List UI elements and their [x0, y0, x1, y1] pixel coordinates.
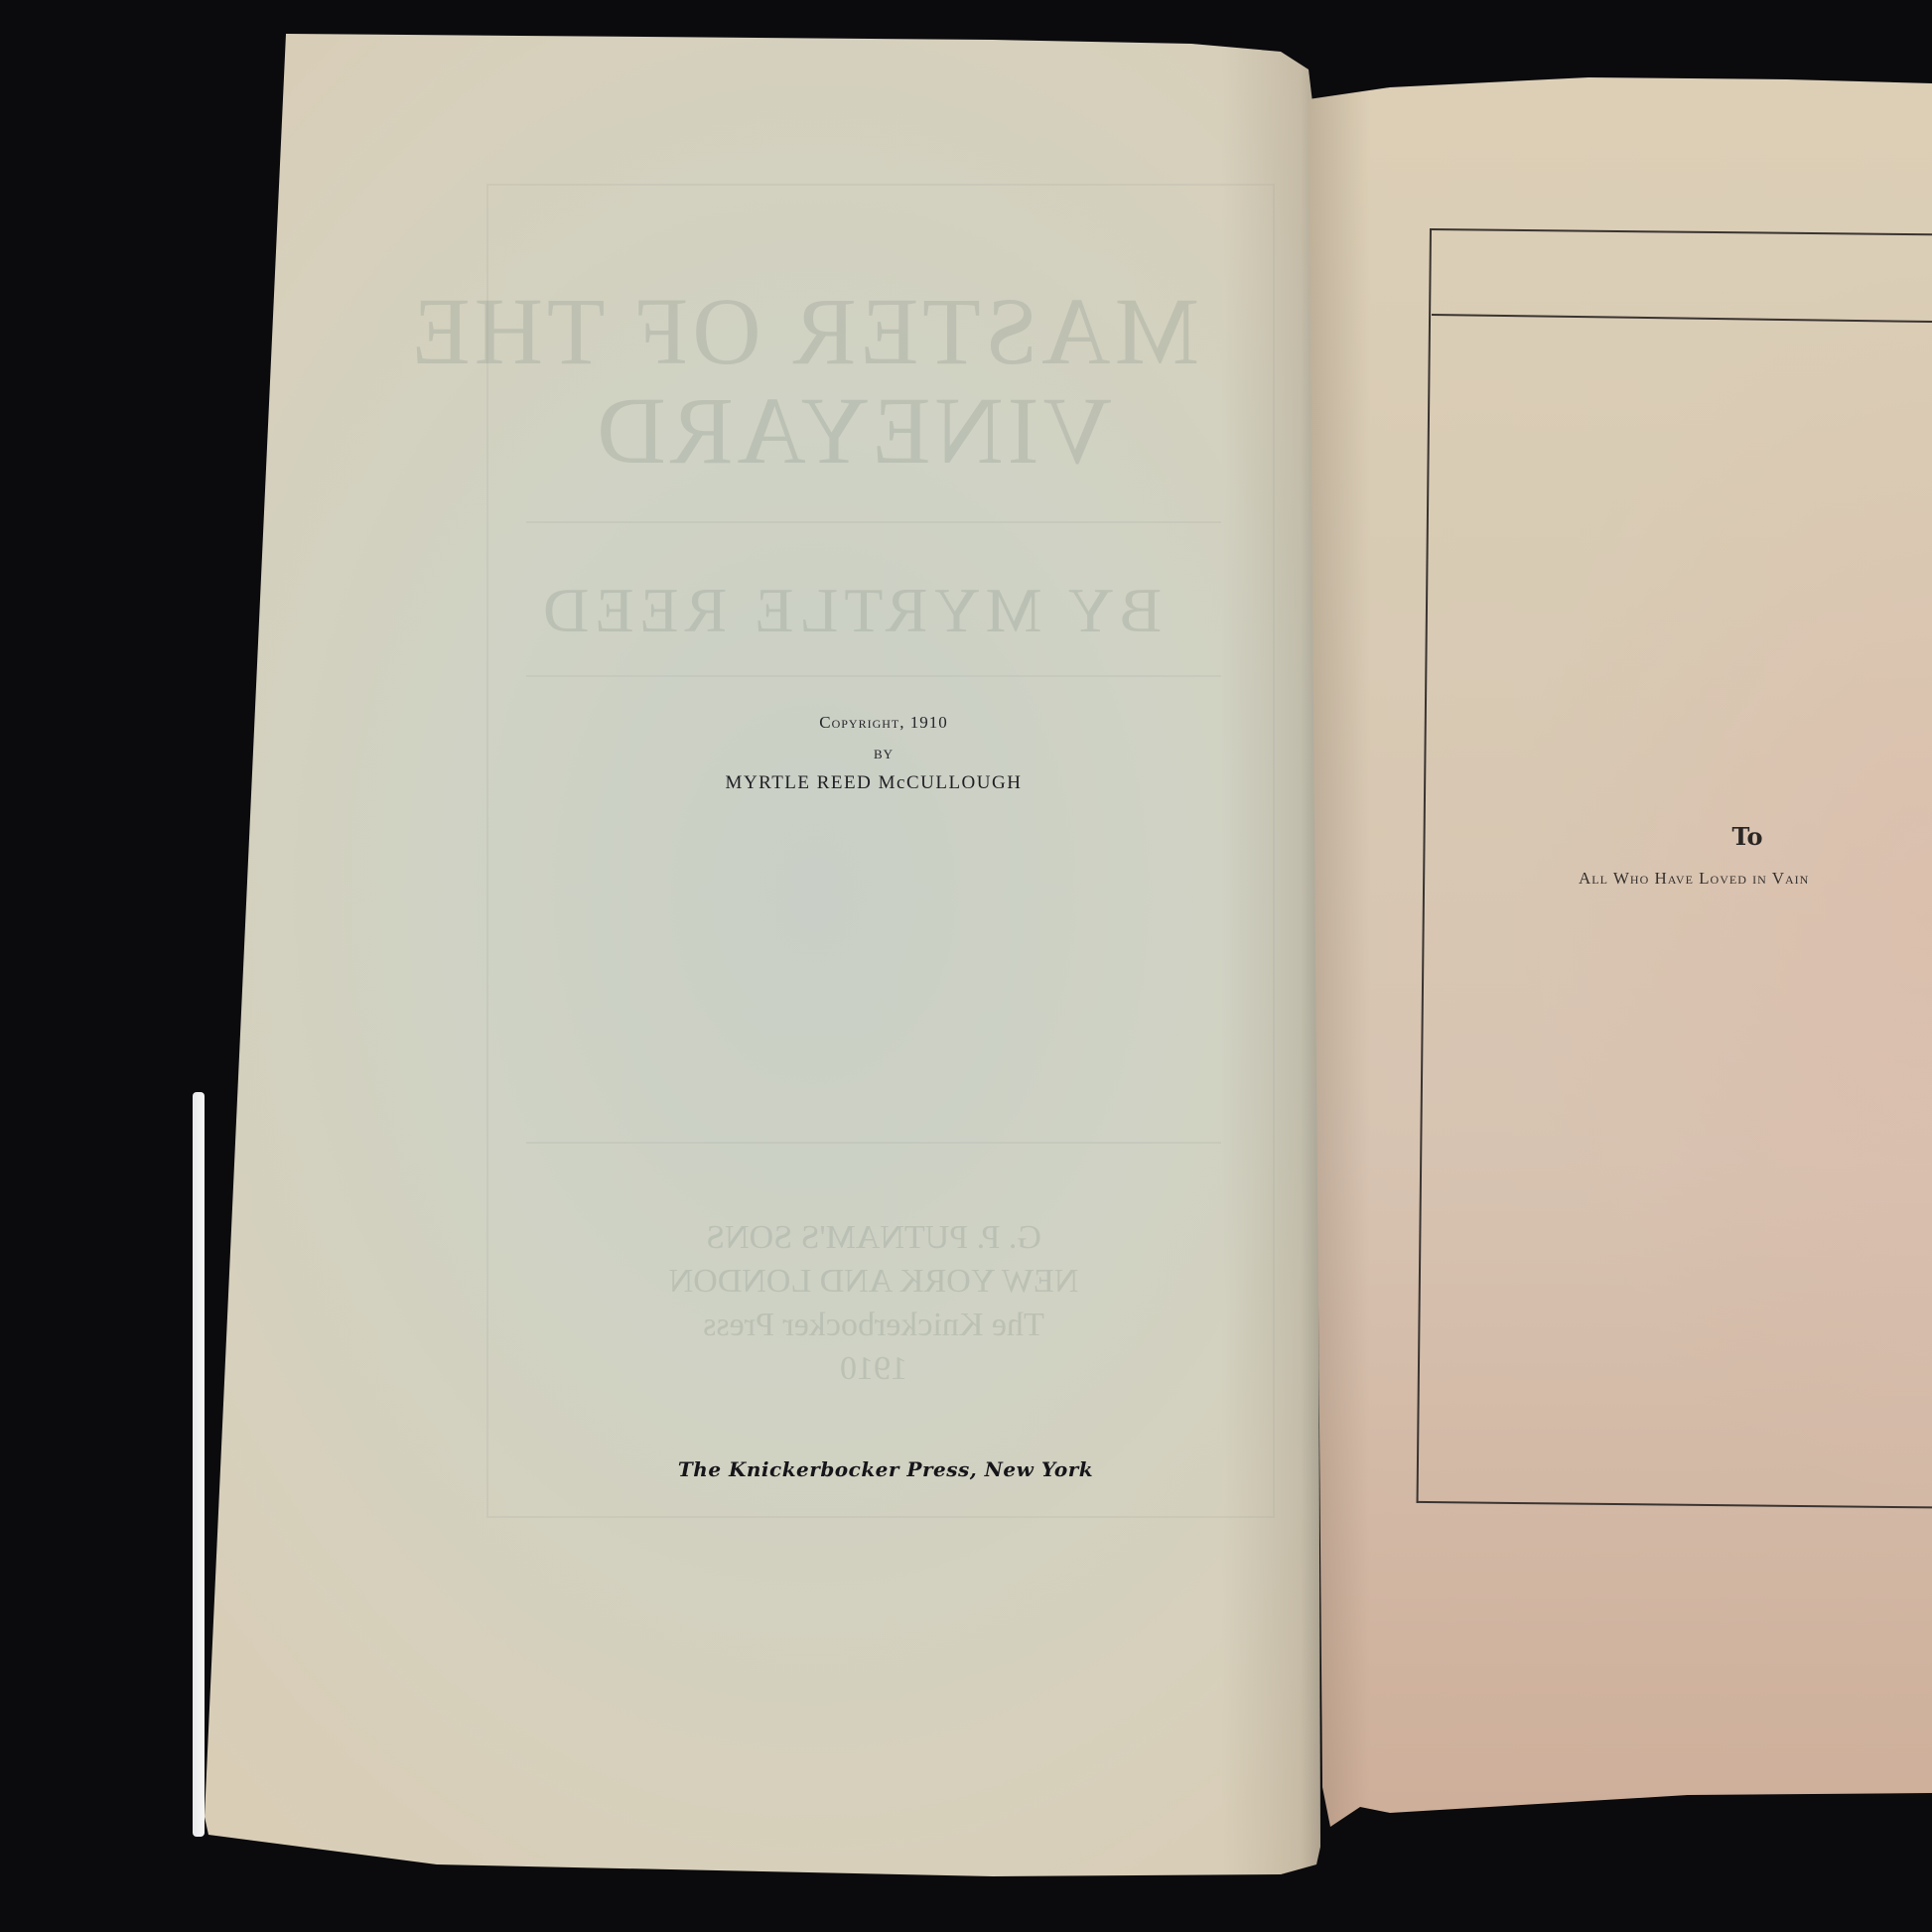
dedication-to: To: [1688, 822, 1807, 851]
show-through-rule: [526, 675, 1221, 677]
show-through-author: BY MYRTLE REED: [586, 574, 1162, 647]
show-through-pub-line: NEW YORK AND LONDON: [635, 1260, 1112, 1304]
author-name: MYRTLE REED McCULLOUGH: [655, 772, 1092, 794]
publisher-imprint: The Knickerbocker Press, New York: [667, 1457, 1104, 1481]
show-through-rule: [526, 521, 1221, 523]
show-through-publisher: G. P. PUTNAM'S SONS NEW YORK AND LONDON …: [635, 1216, 1112, 1391]
page-edge-strip: [193, 1092, 205, 1837]
show-through-title-line-2: VINEYARD: [635, 375, 1112, 485]
by-line: BY: [675, 747, 1092, 762]
show-through-pub-line: G. P. PUTNAM'S SONS: [635, 1216, 1112, 1260]
book-photo-scene: MASTER OF THE VINEYARD BY MYRTLE REED G.…: [0, 0, 1932, 1932]
show-through-pub-line: 1910: [635, 1347, 1112, 1391]
show-through-pub-line: The Knickerbocker Press: [635, 1304, 1112, 1347]
dedication-text: All Who Have Loved in Vain: [1579, 869, 1932, 889]
show-through-title-line-1: MASTER OF THE: [544, 276, 1199, 386]
show-through-rule: [526, 1142, 1221, 1144]
copyright-line: Copyright, 1910: [675, 713, 1092, 733]
